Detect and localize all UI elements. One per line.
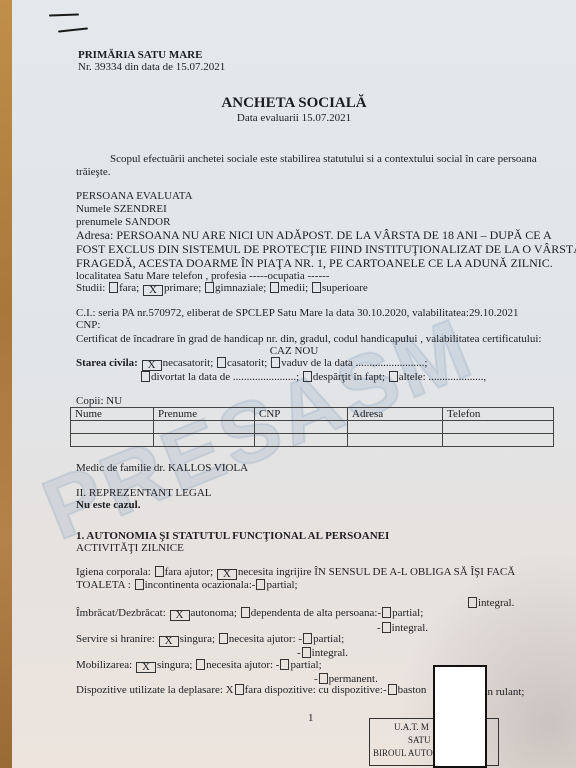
checkbox-dressing-dependenta[interactable]	[241, 607, 250, 618]
option-label: casatorit;	[227, 357, 267, 369]
option-label: fara dispozitive: cu dispozitive:-	[245, 684, 387, 696]
option-label: partial;	[266, 579, 297, 591]
checkbox-fara-dispozitive[interactable]	[235, 684, 244, 695]
option-label: autonoma;	[191, 607, 237, 619]
mobility-label: Mobilizarea:	[76, 659, 132, 671]
civil-status-label: Starea civila:	[76, 357, 138, 369]
civil-status-row2: divortat la data de ....................…	[140, 371, 486, 384]
table-cell	[348, 434, 443, 447]
option-label: vaduv de la data .......................…	[281, 357, 427, 369]
table-cell	[443, 434, 554, 447]
hygiene-label: Igiena corporala:	[76, 566, 151, 578]
checkbox-studies-fara[interactable]	[109, 282, 118, 293]
checkbox-studies-superioare[interactable]	[312, 282, 321, 293]
document-title: ANCHETA SOCIALĂ	[12, 95, 576, 112]
column-header: Telefon	[443, 408, 554, 421]
option-label: medii;	[280, 282, 308, 294]
checkbox-mobility-permanent[interactable]	[319, 673, 328, 684]
option-label: altele: ....................,	[399, 371, 486, 383]
id-card-info: C.I.: seria PA nr.570972, eliberat de SP…	[76, 307, 518, 320]
mobility-row: Mobilizarea: Xsingura; necesita ajutor: …	[76, 659, 322, 673]
checkbox-mobility-necesita[interactable]	[196, 659, 205, 670]
checkbox-dressing-integral[interactable]	[382, 622, 391, 633]
option-label: singura;	[157, 659, 192, 671]
redaction-box	[433, 665, 487, 768]
option-label: dependenta de alta persoana:-	[251, 607, 381, 619]
devices-rulant: un rulant;	[482, 686, 524, 699]
pen-mark	[49, 13, 79, 16]
checkbox-vaduv[interactable]	[271, 357, 280, 368]
option-label: integral.	[312, 647, 348, 659]
checkbox-studies-medii[interactable]	[270, 282, 279, 293]
checkbox-studies-gimnaziale[interactable]	[205, 282, 214, 293]
purpose-text-cont: trăieşte.	[76, 166, 111, 179]
table-cell	[255, 434, 348, 447]
checkbox-feeding-singura[interactable]: X	[159, 636, 179, 647]
option-label: partial;	[290, 659, 321, 671]
table-cell	[348, 421, 443, 434]
stamp-text: U.A.T. M	[394, 722, 429, 732]
dressing-label: Îmbrăcat/Dezbrăcat:	[76, 607, 166, 619]
stamp-text: BIROUL AUTOR	[373, 748, 439, 758]
document-page: PRESASM PRIMĂRIA SATU MARE Nr. 39334 din…	[12, 0, 576, 768]
option-label: necesita ingrijire ÎN SENSUL DE A-L OBLI…	[238, 566, 515, 578]
option-label: divortat la data de ....................…	[151, 371, 299, 383]
devices-row: Dispozitive utilizate la deplasare: Xfar…	[76, 684, 426, 697]
column-header: Nume	[71, 408, 154, 421]
hygiene-row2: TOALETA : incontinenta ocazionala:-parti…	[76, 579, 298, 592]
table-row	[71, 421, 554, 434]
registration-number: Nr. 39334 din data de 15.07.2021	[78, 61, 225, 74]
studies-label: Studii:	[76, 282, 105, 294]
table-cell	[71, 434, 154, 447]
checkbox-necasatorit[interactable]: X	[142, 360, 162, 371]
option-label: despărţit în fapt;	[313, 371, 385, 383]
feeding-label: Servire si hranire:	[76, 633, 155, 645]
table-cell	[154, 434, 255, 447]
table-cell	[255, 421, 348, 434]
evaluation-date: Data evaluarii 15.07.2021	[12, 112, 576, 125]
checkbox-feeding-integral[interactable]	[302, 647, 311, 658]
checkbox-casatorit[interactable]	[217, 357, 226, 368]
option-label: baston	[398, 684, 427, 696]
checkbox-divortat[interactable]	[141, 371, 150, 382]
column-header: CNP	[255, 408, 348, 421]
address-line: FOST EXCLUS DIN SISTEMUL DE PROTECŢIE FI…	[76, 242, 576, 256]
option-label: incontinenta ocazionala:-	[145, 579, 256, 591]
address-line: FRAGEDĂ, ACESTA DOARME ÎN PIAŢA NR. 1, P…	[76, 256, 553, 270]
person-section-title: PERSOANA EVALUATA	[76, 190, 193, 203]
checkbox-baston[interactable]	[388, 684, 397, 695]
family-doctor: Medic de familie dr. KALLOS VIOLA	[76, 462, 248, 475]
checkbox-despartit[interactable]	[303, 371, 312, 382]
civil-status-row1: Starea civila: Xnecasatorit; casatorit; …	[76, 357, 427, 371]
person-surname: Numele SZENDREI	[76, 203, 167, 216]
checkbox-mobility-partial[interactable]	[280, 659, 289, 670]
checkbox-hygiene-integral[interactable]	[468, 597, 477, 608]
checkbox-dressing-partial[interactable]	[382, 607, 391, 618]
option-label: gimnaziale;	[215, 282, 266, 294]
devices-label: Dispozitive utilizate la deplasare: X	[76, 684, 234, 696]
column-header: Prenume	[154, 408, 255, 421]
option-label: singura;	[180, 633, 215, 645]
legal-rep-value: Nu este cazul.	[76, 499, 140, 512]
address-line: Adresa: PERSOANA NU ARE NICI UN ADĂPOST.…	[76, 228, 552, 242]
option-label: necesita ajutor: -	[229, 633, 302, 645]
feeding-row: Servire si hranire: Xsingura; necesita a…	[76, 633, 344, 647]
table-header-row: Nume Prenume CNP Adresa Telefon	[71, 408, 554, 421]
table-cell	[154, 421, 255, 434]
checkbox-dressing-autonoma[interactable]: X	[170, 610, 190, 621]
checkbox-incontinenta[interactable]	[135, 579, 144, 590]
table-cell	[71, 421, 154, 434]
option-label: necesita ajutor: -	[206, 659, 279, 671]
option-label: fara;	[119, 282, 139, 294]
checkbox-hygiene-fara-ajutor[interactable]	[155, 566, 164, 577]
option-label: superioare	[322, 282, 368, 294]
checkbox-feeding-partial[interactable]	[303, 633, 312, 644]
dressing-integral: -integral.	[377, 622, 428, 635]
table-cell	[443, 421, 554, 434]
option-label: partial;	[313, 633, 344, 645]
toileting-label: TOALETA :	[76, 579, 131, 591]
purpose-text: Scopul efectuării anchetei sociale este …	[110, 153, 537, 166]
children-table: Nume Prenume CNP Adresa Telefon	[70, 407, 554, 447]
hygiene-integral: integral.	[467, 597, 514, 610]
daily-activities-title: ACTIVITĂŢI ZILNICE	[76, 542, 184, 555]
studies-row: Studii: fara; Xprimare; gimnaziale; medi…	[76, 282, 368, 296]
option-label: integral.	[478, 597, 514, 609]
pen-mark	[58, 27, 88, 32]
checkbox-studies-primare[interactable]: X	[143, 285, 163, 296]
option-label: necasatorit;	[163, 357, 214, 369]
option-label: integral.	[392, 622, 428, 634]
option-label: partial;	[392, 607, 423, 619]
option-label: fara ajutor;	[165, 566, 214, 578]
table-row	[71, 434, 554, 447]
stamp-text: SATU	[408, 735, 431, 745]
checkbox-mobility-singura[interactable]: X	[136, 662, 156, 673]
column-header: Adresa	[348, 408, 443, 421]
dressing-row: Îmbrăcat/Dezbrăcat: Xautonoma; dependent…	[76, 607, 423, 621]
checkbox-altele[interactable]	[389, 371, 398, 382]
cnp-field: CNP:	[76, 319, 100, 332]
checkbox-hygiene-partial[interactable]	[256, 579, 265, 590]
page-number: 1	[308, 712, 314, 725]
option-label: primare;	[164, 282, 201, 294]
checkbox-feeding-necesita[interactable]	[219, 633, 228, 644]
hygiene-row: Igiena corporala: fara ajutor; Xnecesita…	[76, 566, 515, 580]
